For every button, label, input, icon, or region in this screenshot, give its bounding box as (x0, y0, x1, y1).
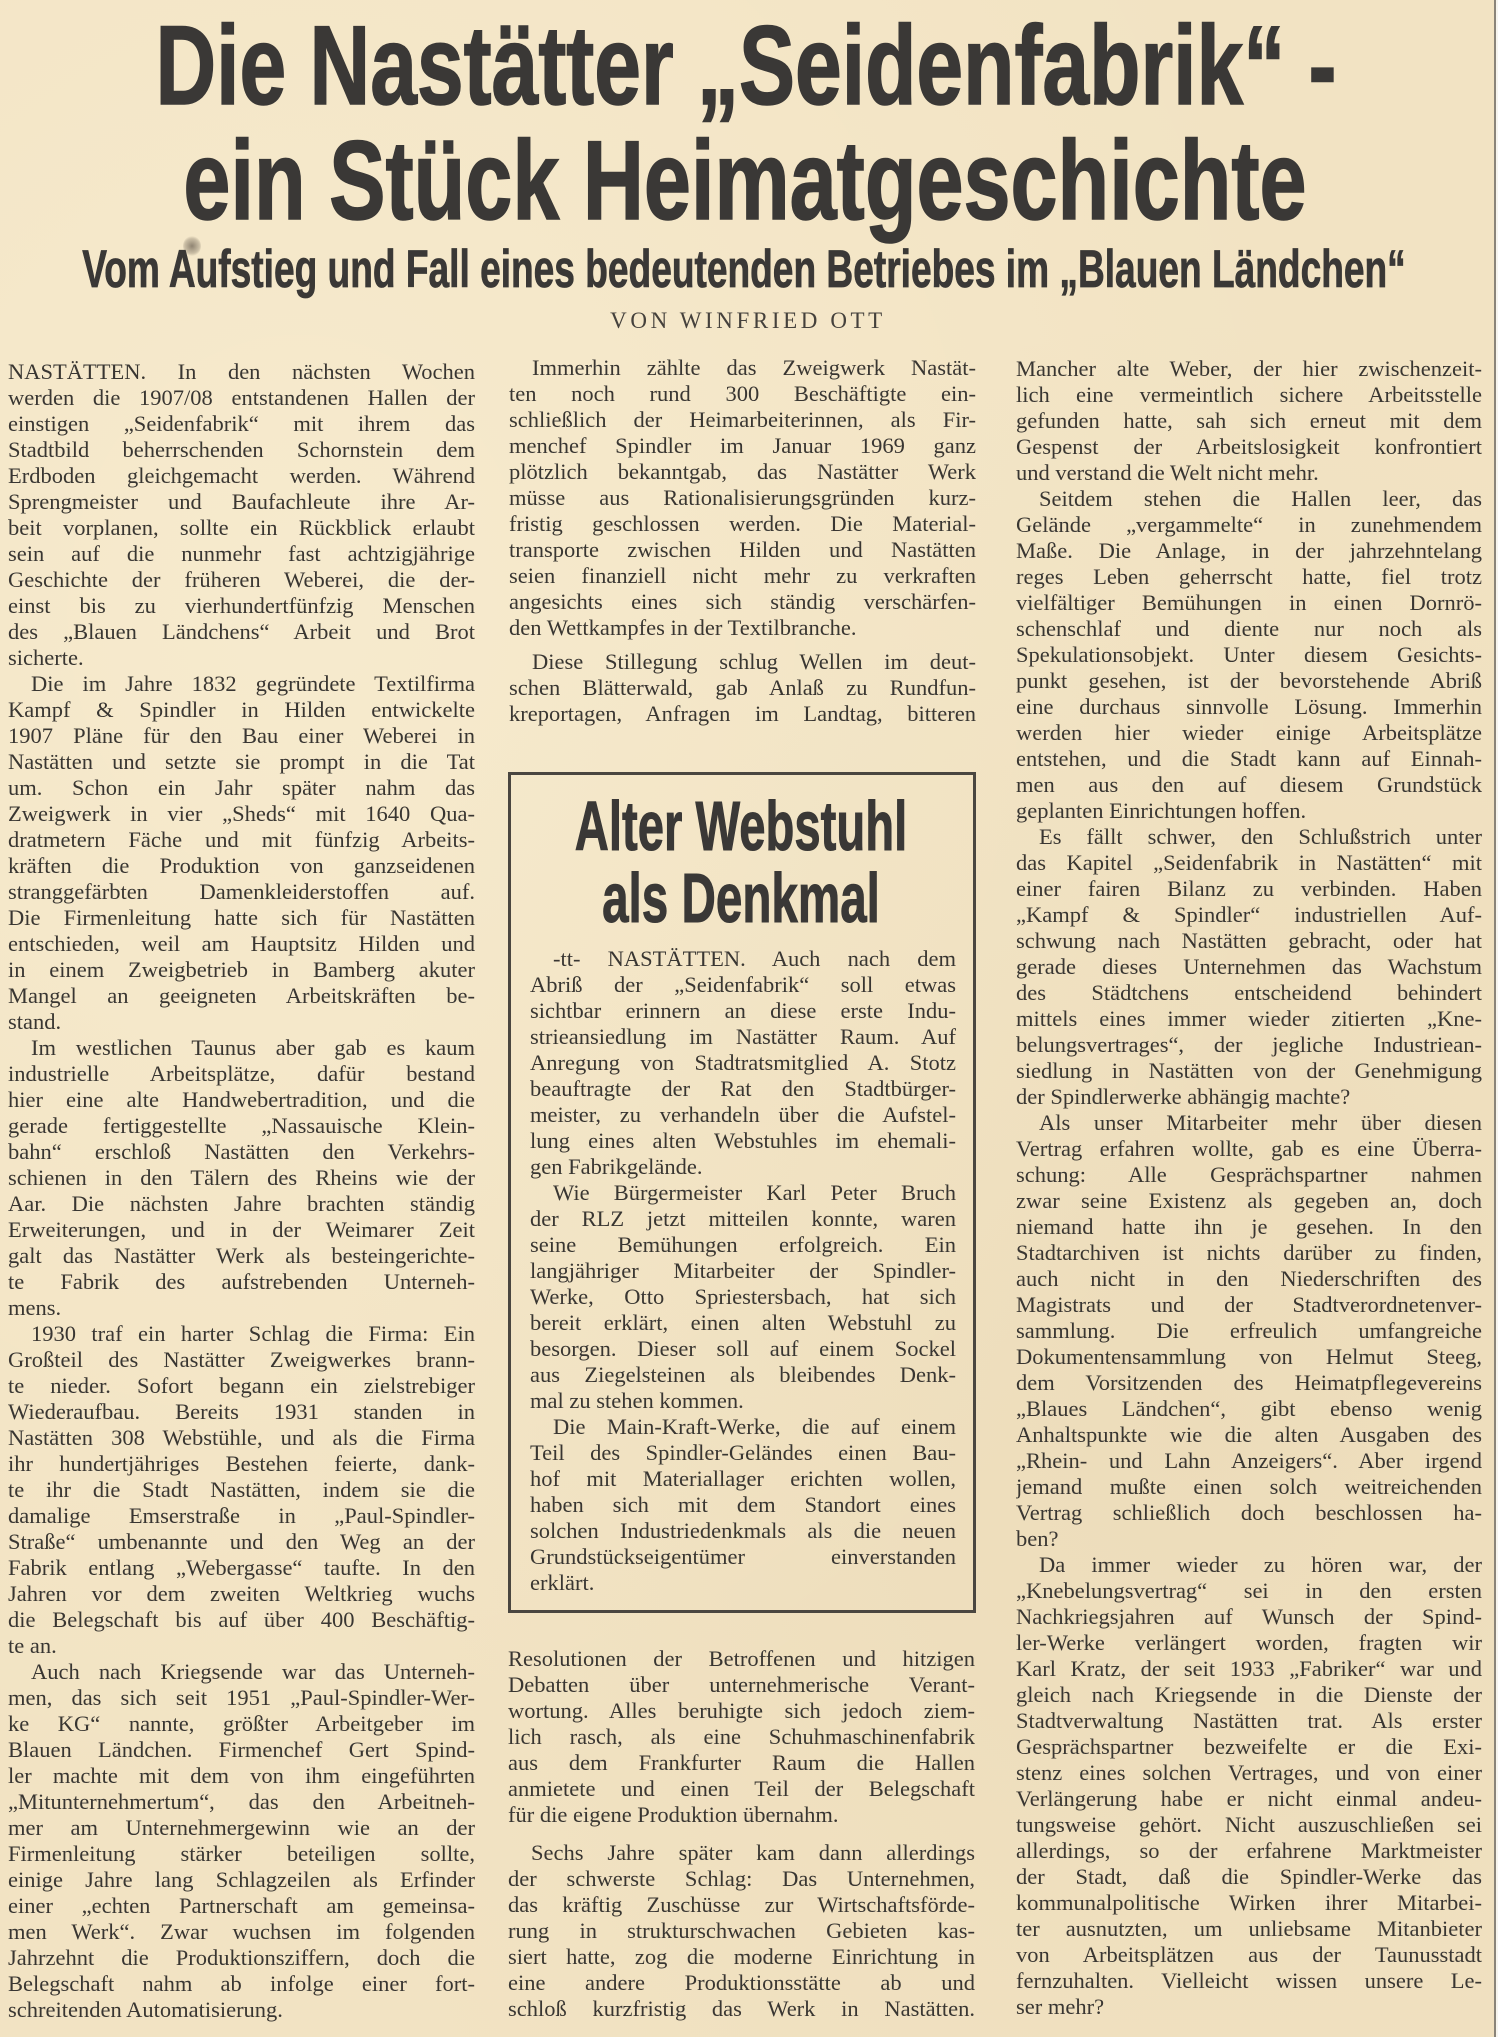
text-line: plötzlich bekanntgab, das Nastätter Werk (509, 459, 976, 485)
text-line: für die eigene Produktion übernahm. (508, 1802, 975, 1828)
text-line: stranggefärbten Damenkleiderstoffen auf. (8, 879, 475, 905)
text-line: Gelände „vergammelte“ in zunehmendem (1016, 512, 1482, 538)
text-line: eine andere Produktionsstätte ab und (508, 1970, 975, 1996)
byline: VON WINFRIED OTT (610, 309, 886, 332)
text-line: Die im Jahre 1832 gegründete Textilfirma (8, 671, 475, 697)
text-line: allerdings, so der erfahrene Marktmeiste… (1016, 1838, 1482, 1864)
text-line: einstigen „Seidenfabrik“ mit ihrem das (8, 411, 475, 437)
text-line: stand. (8, 1009, 475, 1035)
text-line: schreitenden Automatisierung. (8, 1997, 475, 2023)
text-line: ihr hundertjähriges Bestehen feierte, da… (8, 1451, 475, 1477)
text-line: galt das Nastätter Werk als besteingeric… (8, 1243, 475, 1269)
text-line: sein auf die nunmehr fast achtzigjährige (8, 541, 475, 567)
text-line: Geschichte der früheren Weberei, die der… (8, 567, 475, 593)
text-line: ten noch rund 300 Beschäftigte ein- (509, 381, 976, 407)
text-line: aus dem Frankfurter Raum die Hallen (508, 1750, 975, 1776)
text-line: um. Schon ein Jahr später nahm das (8, 775, 475, 801)
text-line: seine Bemühungen erfolgreich. Ein (530, 1232, 956, 1258)
text-line: Anregung von Stadtratsmitglied A. Stotz (530, 1050, 956, 1076)
text-line: rung in strukturschwachen Gebieten kas- (508, 1918, 975, 1944)
text-line: anmietete und einen Teil der Belegschaft (508, 1776, 975, 1802)
article-column-1: NASTÄTTEN. In den nächsten Wochen werden… (8, 359, 475, 2023)
text-line: lung eines alten Webstuhles im ehemali- (530, 1128, 956, 1154)
text-line: angesichts eines sich ständig verschärfe… (509, 589, 976, 615)
text-line: Vertrag schließlich doch beschlossen ha- (1016, 1500, 1482, 1526)
text-line: -tt- NASTÄTTEN. Auch nach dem (530, 946, 956, 972)
text-line: beauftragte der Rat den Stadtbürger- (530, 1076, 956, 1102)
text-line: Großteil des Nastätter Zweigwerkes brann… (8, 1347, 475, 1373)
text-line: Jahren vor dem zweiten Weltkrieg wuchs (8, 1581, 475, 1607)
text-line: Stadtverwaltung Nastätten trat. Als erst… (1016, 1708, 1482, 1734)
text-line: einer „echten Partnerschaft am gemeinsa- (8, 1893, 475, 1919)
text-line: einst bis zu vierhundertfünfzig Menschen (8, 593, 475, 619)
text-line: „Kampf & Spindler“ industriellen Auf- (1016, 902, 1482, 928)
headline-line-1: Die Nastätter „Seidenfabrik“ - (155, 10, 1336, 122)
text-line: der Spindlerwerke abhängig machte? (1016, 1084, 1482, 1110)
text-line: mittels eines immer wieder zitierten „Kn… (1016, 1006, 1482, 1032)
text-line: Gespenst der Arbeitslosigkeit konfrontie… (1016, 434, 1482, 460)
text-line: entstehen, und die Stadt kann auf Einnah… (1016, 746, 1482, 772)
text-line: eine durchaus sinnvolle Lösung. Immerhin (1016, 694, 1482, 720)
text-line: Wie Bürgermeister Karl Peter Bruch (530, 1180, 956, 1206)
text-line: NASTÄTTEN. In den nächsten Wochen (8, 359, 475, 385)
text-line: des „Blauen Ländchens“ Arbeit und Brot (8, 619, 475, 645)
text-line: den Wettkampfes in der Textilbranche. (509, 615, 976, 641)
text-line: gerade dieses Unternehmen das Wachstum (1016, 954, 1482, 980)
text-line: transporte zwischen Hilden und Nastätten (509, 537, 976, 563)
sidebar-text: -tt- NASTÄTTEN. Auch nach dem Abriß der … (530, 946, 956, 1596)
text-line: ben? (1016, 1526, 1482, 1552)
text-line: sicherte. (8, 645, 475, 671)
subheadline: Vom Aufstieg und Fall eines bedeutenden … (82, 243, 1405, 296)
text-line: Karl Kratz, der seit 1933 „Fabriker“ war… (1016, 1656, 1482, 1682)
text-line: Teil des Spindler-Geländes einen Bau- (530, 1440, 956, 1466)
text-line: Jahrzehnt die Produktionsziffern, doch d… (8, 1945, 475, 1971)
text-line: in einem Zweigbetrieb in Bamberg akuter (8, 957, 475, 983)
text-line: schen Blätterwald, gab Anlaß zu Rundfun- (509, 675, 976, 701)
text-line: Firmenleitung stärker beteiligen sollte, (8, 1841, 475, 1867)
text-line: schwung nach Nastätten gebracht, oder ha… (1016, 928, 1482, 954)
text-line: belungsvertrages“, der jegliche Industri… (1016, 1032, 1482, 1058)
text-line: entschieden, weil am Hauptsitz Hilden un… (8, 931, 475, 957)
text-line: der Stadt, daß die Spindler-Werke das (1016, 1864, 1482, 1890)
text-line: gen Fabrikgelände. (530, 1154, 956, 1180)
text-line: menchef Spindler im Januar 1969 ganz (509, 433, 976, 459)
text-line: schloß kurzfristig das Werk in Nastätten… (508, 1996, 975, 2022)
text-line: ler-Werke verlängert worden, fragten wir (1016, 1630, 1482, 1656)
text-line: Vertrag erfahren wollte, gab es eine Übe… (1016, 1136, 1482, 1162)
text-line: punkt gesehen, ist der bevorstehende Abr… (1016, 668, 1482, 694)
text-line: und verstand die Welt nicht mehr. (1016, 460, 1482, 486)
text-line: Nachkriegsjahren auf Wunsch der Spind- (1016, 1604, 1482, 1630)
text-line: lich eine vermeintlich sichere Arbeitsst… (1016, 382, 1482, 408)
text-line: te ihr die Stadt Nastätten, indem sie di… (8, 1477, 475, 1503)
text-line: der schwerste Schlag: Das Unternehmen, (508, 1866, 975, 1892)
text-line: „Knebelungsvertrag“ sei in den ersten (1016, 1578, 1482, 1604)
text-line: Immerhin zählte das Zweigwerk Nastät- (509, 355, 976, 381)
text-line: niemand hatte ihn je gesehen. In den (1016, 1214, 1482, 1240)
text-line: Kampf & Spindler in Hilden entwickelte (8, 697, 475, 723)
text-line: 1930 traf ein harter Schlag die Firma: E… (8, 1321, 475, 1347)
text-line: Abriß der „Seidenfabrik“ soll etwas (530, 972, 956, 998)
text-line: schung: Alle Gesprächspartner nahmen (1016, 1162, 1482, 1188)
text-line: ler machte mit dem von ihm eingeführten (8, 1763, 475, 1789)
text-line: erklärt. (530, 1570, 956, 1596)
text-line: meister, zu verhandeln über die Aufstel- (530, 1102, 956, 1128)
text-line: sichtbar erinnern an diese erste Indu- (530, 998, 956, 1024)
text-line: fernzuhalten. Vielleicht wissen unsere L… (1016, 1968, 1482, 1994)
article-column-2-bottom: Resolutionen der Betroffenen und hitzige… (508, 1646, 975, 2022)
text-line: von Arbeitsplätzen aus der Taunusstadt (1016, 1942, 1482, 1968)
text-line: jemand mußte einen solch weitreichenden (1016, 1474, 1482, 1500)
text-line: strieansiedlung im Nastätter Raum. Auf (530, 1024, 956, 1050)
text-line: auch nicht in den Niederschriften des (1016, 1266, 1482, 1292)
text-line: werden die 1907/08 entstandenen Hallen d… (8, 385, 475, 411)
text-line: Da immer wieder zu hören war, der (1016, 1552, 1482, 1578)
text-line: Blauen Ländchen. Firmenchef Gert Spind- (8, 1737, 475, 1763)
text-line: gefunden hatte, sah sich erneut mit dem (1016, 408, 1482, 434)
text-line: siedlung in Nastätten von der Genehmigun… (1016, 1058, 1482, 1084)
text-line: beit vorplanen, sollte ein Rückblick erl… (8, 515, 475, 541)
text-line: Grundstückseigentümer einverstanden (530, 1544, 956, 1570)
text-line: langjähriger Mitarbeiter der Spindler- (530, 1258, 956, 1284)
text-line: ser mehr? (1016, 1994, 1482, 2020)
text-line: die Belegschaft bis auf über 400 Beschäf… (8, 1607, 475, 1633)
text-line: vielfältiger Bemühungen in einen Dornrö- (1016, 590, 1482, 616)
text-line: werden hier wieder einige Arbeitsplätze (1016, 720, 1482, 746)
text-line: mal zu stehen kommen. (530, 1388, 956, 1414)
text-line: fristig geschlossen werden. Die Material… (509, 511, 976, 537)
article-column-3: Mancher alte Weber, der hier zwischenzei… (1016, 356, 1482, 2020)
text-line: Seitdem stehen die Hallen leer, das (1016, 486, 1482, 512)
text-line: Sechs Jahre später kam dann allerdings (508, 1840, 975, 1866)
text-line: „Blaues Ländchen“, gibt ebenso wenig (1016, 1396, 1482, 1422)
text-line: lich rasch, als eine Schuhmaschinenfabri… (508, 1724, 975, 1750)
text-line: Wiederaufbau. Bereits 1931 standen in (8, 1399, 475, 1425)
text-line: te an. (8, 1633, 475, 1659)
text-line: zwar seine Existenz als gegeben an, doch (1016, 1188, 1482, 1214)
article-column-2-top: Immerhin zählte das Zweigwerk Nastät- te… (509, 355, 976, 727)
text-line: te nieder. Sofort begann ein zielstrebig… (8, 1373, 475, 1399)
text-line: einer fairen Bilanz zu verbinden. Haben (1016, 876, 1482, 902)
text-line: Straße“ umbenannte und den Weg an der (8, 1529, 475, 1555)
text-line: sammlung. Die erfreulich umfangreiche (1016, 1318, 1482, 1344)
text-line: „Rhein- und Lahn Anzeigers“. Aber irgend (1016, 1448, 1482, 1474)
text-line: ter ausnutzten, um unliebsame Mitanbiete… (1016, 1916, 1482, 1942)
text-line: haben sich mit dem Standort eines (530, 1492, 956, 1518)
text-line: Stadtarchiven ist nichts darüber zu find… (1016, 1240, 1482, 1266)
text-line: das kräftig Zuschüsse zur Wirtschaftsför… (508, 1892, 975, 1918)
text-line: gleich nach Kriegsende in die Dienste de… (1016, 1682, 1482, 1708)
text-line: Zweigwerk in vier „Sheds“ mit 1640 Qua- (8, 801, 475, 827)
text-line: 1907 Pläne für den Bau einer Weberei in (8, 723, 475, 749)
text-line: bahn“ erschloß Nastätten den Verkehrs- (8, 1139, 475, 1165)
text-line: Als unser Mitarbeiter mehr über diesen (1016, 1110, 1482, 1136)
text-line: Anhaltspunkte wie die alten Ausgaben des (1016, 1422, 1482, 1448)
text-line: Spekulationsobjekt. Unter diesem Gesicht… (1016, 642, 1482, 668)
text-line: tungsweise gehört. Nicht auszuschließen … (1016, 1812, 1482, 1838)
text-line: seien finanziell nicht mehr zu verkrafte… (509, 563, 976, 589)
text-line: der RLZ jetzt mitteilen konnte, waren (530, 1206, 956, 1232)
text-line: Nastätten und setzte sie prompt in die T… (8, 749, 475, 775)
text-line: Dokumentensammlung von Helmut Steeg, (1016, 1344, 1482, 1370)
text-line: ke KG“ nannte, größter Arbeitgeber im (8, 1711, 475, 1737)
text-line: damalige Emserstraße in „Paul-Spindler- (8, 1503, 475, 1529)
text-line: wortung. Alles beruhigte sich jedoch zie… (508, 1698, 975, 1724)
text-line: dem Vorsitzenden des Heimatpflegevereins (1016, 1370, 1482, 1396)
text-line: Resolutionen der Betroffenen und hitzige… (508, 1646, 975, 1672)
sidebar-headline-line-2: als Denkmal (602, 863, 880, 933)
text-line: Erdboden gleichgemacht werden. Während (8, 463, 475, 489)
text-line: Die Firmenleitung hatte sich für Nastätt… (8, 905, 475, 931)
text-line: Aar. Die nächsten Jahre brachten ständig (8, 1191, 475, 1217)
text-line: Debatten über unternehmerische Verant- (508, 1672, 975, 1698)
text-line: kräften die Produktion von ganzseidenen (8, 853, 475, 879)
text-line: Sprengmeister und Baufachleute ihre Ar- (8, 489, 475, 515)
text-line: Maße. Die Anlage, in der jahrzehntelang (1016, 538, 1482, 564)
text-line: Im westlichen Taunus aber gab es kaum (8, 1035, 475, 1061)
text-line: Nastätten 308 Webstühle, und als die Fir… (8, 1425, 475, 1451)
text-line: Mancher alte Weber, der hier zwischenzei… (1016, 356, 1482, 382)
text-line: industrielle Arbeitsplätze, dafür bestan… (8, 1061, 475, 1087)
text-line: geplanten Einrichtungen hoffen. (1016, 798, 1482, 824)
text-line: Belegschaft nahm ab infolge einer fort- (8, 1971, 475, 1997)
text-line: Erweiterungen, und in der Weimarer Zeit (8, 1217, 475, 1243)
text-line: te Fabrik des aufstrebenden Unterneh- (8, 1269, 475, 1295)
newspaper-page: Die Nastätter „Seidenfabrik“ - ein Stück… (0, 0, 1498, 2037)
text-line: men aus den auf diesem Grundstück (1016, 772, 1482, 798)
text-line: men, das sich seit 1951 „Paul-Spindler-W… (8, 1685, 475, 1711)
text-line: des Städtchens entscheidend behindert (1016, 980, 1482, 1006)
sidebar-headline-line-1: Alter Webstuhl (575, 791, 908, 861)
text-line: hof mit Materiallager erichten wollen, (530, 1466, 956, 1492)
headline-line-2: ein Stück Heimatgeschichte (183, 125, 1306, 237)
text-line: Die Main-Kraft-Werke, die auf einem (530, 1414, 956, 1440)
text-line: besorgen. Dieser soll auf einem Sockel (530, 1336, 956, 1362)
text-line: aus Ziegelsteinen als bleibendes Denk- (530, 1362, 956, 1388)
text-line: kreportagen, Anfragen im Landtag, bitter… (509, 701, 976, 727)
text-line: Werke, Otto Spriestersbach, hat sich (530, 1284, 956, 1310)
text-line: schenschlaf und diente nur noch als (1016, 616, 1482, 642)
text-line: Diese Stillegung schlug Wellen im deut- (509, 649, 976, 675)
text-line: reges Leben geherrscht hatte, fiel trotz (1016, 564, 1482, 590)
text-line: Magistrats und der Stadtverordnetenver- (1016, 1292, 1482, 1318)
text-line: hier eine alte Handwebertradition, und d… (8, 1087, 475, 1113)
text-line: müsse aus Rationalisierungsgründen kurz- (509, 485, 976, 511)
text-line: Stadtbild beherrschenden Schornstein dem (8, 437, 475, 463)
text-line: Gesprächspartner bezweifelte er die Exi- (1016, 1734, 1482, 1760)
text-line: men Werk“. Zwar wuchsen im folgenden (8, 1919, 475, 1945)
text-line: gerade fertiggestellte „Nassauische Klei… (8, 1113, 475, 1139)
text-line: schienen in den Tälern des Rheins wie de… (8, 1165, 475, 1191)
text-line: einige Jahre lang Schlagzeilen als Erfin… (8, 1867, 475, 1893)
text-line: stenz eines solchen Vertrages, und von e… (1016, 1760, 1482, 1786)
text-line: Auch nach Kriegsende war das Unterneh- (8, 1659, 475, 1685)
text-line: mer am Unternehmergewinn wie an der (8, 1815, 475, 1841)
text-line: Verlängerung habe er nicht einmal andeu- (1016, 1786, 1482, 1812)
text-line: dratmetern Fäche und mit fünfzig Arbeits… (8, 827, 475, 853)
text-line: „Mitunternehmertum“, das den Arbeitneh- (8, 1789, 475, 1815)
text-line: siert hatte, zog die moderne Einrichtung… (508, 1944, 975, 1970)
text-line: kommunalpolitische Wirken ihrer Mitarbei… (1016, 1890, 1482, 1916)
text-line: bereit erklärt, einen alten Webstuhl zu (530, 1310, 956, 1336)
text-line: das Kapitel „Seidenfabrik in Nastätten“ … (1016, 850, 1482, 876)
text-line: Es fällt schwer, den Schlußstrich unter (1016, 824, 1482, 850)
text-line: schließlich der Heimarbeiterinnen, als F… (509, 407, 976, 433)
text-line: solchen Industriedenkmals als die neuen (530, 1518, 956, 1544)
text-line: Mangel an geeigneten Arbeitskräften be- (8, 983, 475, 1009)
text-line: Fabrik entlang „Webergasse“ taufte. In d… (8, 1555, 475, 1581)
text-line: mens. (8, 1295, 475, 1321)
